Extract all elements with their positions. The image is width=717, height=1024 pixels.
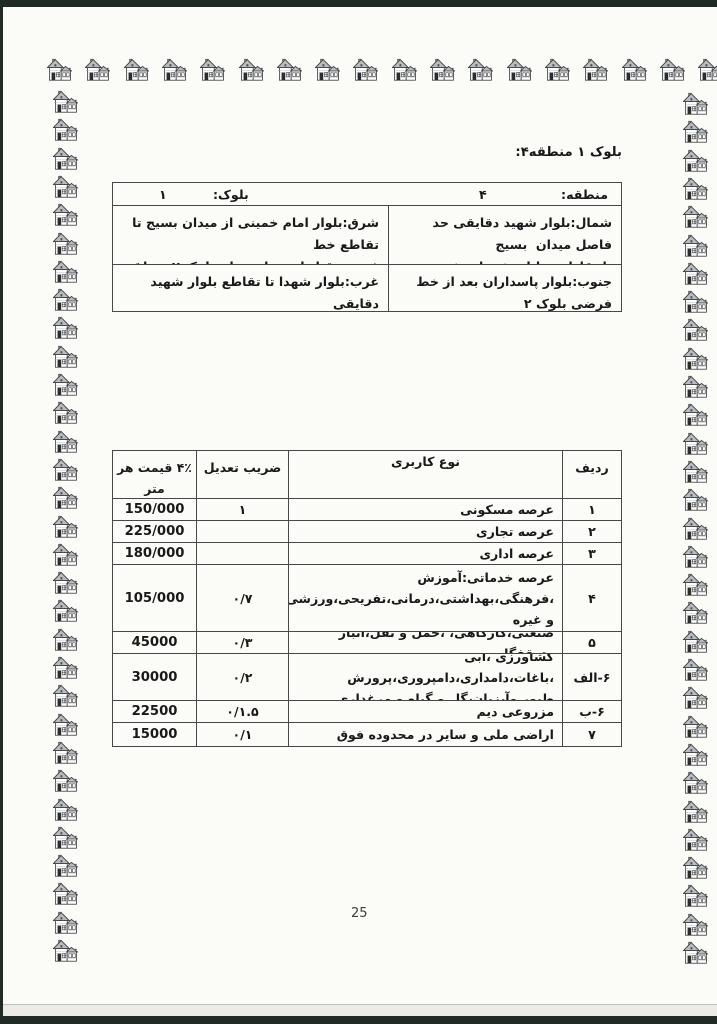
house-icon: [53, 430, 78, 454]
page-title: بلوک ۱ منطقه۴:: [515, 145, 622, 160]
cell-usage-type: مزروعی دیم: [288, 700, 562, 722]
house-icon: [683, 884, 708, 908]
scanned-document: بلوک ۱ منطقه۴: منطقه: ۴ بلوک: ۱ شمال:بلو…: [0, 0, 717, 1024]
house-icon: [53, 90, 78, 114]
cell-row-number: ۶-ب: [562, 700, 621, 722]
cell-row-number: ۷: [562, 722, 621, 746]
house-icon: [683, 800, 708, 824]
house-icon: [53, 628, 78, 652]
house-icon: [683, 205, 708, 229]
house-icon: [53, 713, 78, 737]
region-value: ۴: [479, 184, 487, 205]
house-icon: [683, 573, 708, 597]
house-icon: [53, 203, 78, 227]
cell-coefficient: ۰/۲: [196, 653, 288, 700]
house-icon: [53, 656, 78, 680]
house-icon: [277, 58, 302, 82]
house-icon: [683, 517, 708, 541]
cell-price: 45000: [113, 631, 196, 653]
cell-row-number: ۴: [562, 564, 621, 631]
house-icon: [683, 771, 708, 795]
house-icon: [200, 58, 225, 82]
cell-price: 30000: [113, 653, 196, 700]
house-icon: [683, 375, 708, 399]
house-icon: [53, 232, 78, 256]
cell-price: 180/000: [113, 542, 196, 564]
house-icon: [53, 175, 78, 199]
house-icon: [392, 58, 417, 82]
info-row-region-block: منطقه: ۴ بلوک: ۱: [113, 183, 621, 205]
info-cell-east: شرق:بلوار امام خمینی از میدان بسیج تا تق…: [113, 205, 388, 264]
block-value: ۱: [159, 184, 167, 205]
col-header-usage-type: نوع کاربری: [288, 451, 562, 498]
cell-row-number: ۲: [562, 520, 621, 542]
cell-usage-type: عرصه خدماتی:آموزش ،فرهنگی،بهداشتی،درمانی…: [288, 564, 562, 631]
house-icon: [53, 741, 78, 765]
info-cell-north: شمال:بلوار شهید دقایقی حد فاصل میدان بسی…: [388, 205, 621, 264]
house-icon: [124, 58, 149, 82]
house-icon: [53, 316, 78, 340]
house-icon: [683, 318, 708, 342]
house-icon: [683, 828, 708, 852]
cell-row-number: ۱: [562, 498, 621, 520]
house-icon: [53, 571, 78, 595]
house-icon: [698, 58, 717, 82]
cell-coefficient: ۱: [196, 498, 288, 520]
cell-price: 225/000: [113, 520, 196, 542]
cell-usage-type: عرصه مسکونی: [288, 498, 562, 520]
house-icon: [53, 543, 78, 567]
cell-coefficient: ۰/۳: [196, 631, 288, 653]
house-icon: [53, 882, 78, 906]
cell-usage-type: صنعتی،کارگاهی، ،حمل و نقل،انبار وتوقفگاه: [288, 631, 562, 653]
house-icon: [683, 403, 708, 427]
cell-coefficient: ۰/۱: [196, 722, 288, 746]
house-icon: [53, 826, 78, 850]
house-icon: [85, 58, 110, 82]
house-icon: [53, 939, 78, 963]
block-label: بلوک:: [213, 184, 249, 205]
house-icon: [683, 913, 708, 937]
house-icon: [683, 488, 708, 512]
house-icon: [53, 599, 78, 623]
cell-price: 150/000: [113, 498, 196, 520]
cell-coefficient: ۰/۷: [196, 564, 288, 631]
house-icon: [683, 545, 708, 569]
house-icon: [683, 686, 708, 710]
cell-usage-type: اراضی ملی و سایر در محدوده فوق: [288, 722, 562, 746]
house-icon: [53, 373, 78, 397]
house-icon: [683, 715, 708, 739]
cell-price: 105/000: [113, 564, 196, 631]
cell-row-number: ۵: [562, 631, 621, 653]
house-icon: [683, 856, 708, 880]
cell-coefficient: [196, 520, 288, 542]
cell-row-number: ۶-الف: [562, 653, 621, 700]
info-cell-west: غرب:بلوار شهدا تا تقاطع بلوار شهید دقایق…: [113, 264, 388, 311]
house-icon: [53, 515, 78, 539]
house-icon: [683, 177, 708, 201]
info-cell-south: جنوب:بلوار پاسداران بعد از خط فرضی بلوک …: [388, 264, 621, 311]
house-icon: [47, 58, 72, 82]
block-info-table: منطقه: ۴ بلوک: ۱ شمال:بلوار شهید دقایقی …: [112, 182, 622, 312]
cell-coefficient: ۰/۱.۵: [196, 700, 288, 722]
col-header-row-number: ردیف: [562, 451, 621, 498]
house-icon: [507, 58, 532, 82]
house-icon: [430, 58, 455, 82]
house-icon: [683, 234, 708, 258]
region-label: منطقه:: [561, 184, 608, 205]
house-icon: [683, 941, 708, 965]
house-icon: [53, 684, 78, 708]
house-icon: [53, 345, 78, 369]
house-icon: [239, 58, 264, 82]
house-icon: [53, 769, 78, 793]
cell-price: 15000: [113, 722, 196, 746]
house-icon: [683, 658, 708, 682]
scan-bottom-edge: [3, 1004, 717, 1016]
house-icon: [315, 58, 340, 82]
house-icon: [53, 401, 78, 425]
house-icon: [53, 288, 78, 312]
house-icon: [53, 854, 78, 878]
house-icon: [683, 92, 708, 116]
land-price-table: ردیف نوع کاربری ضریب تعدیل ۴٪ قیمت هر مت…: [112, 450, 622, 747]
house-icon: [683, 743, 708, 767]
house-icon: [683, 601, 708, 625]
house-icon: [683, 630, 708, 654]
cell-coefficient: [196, 542, 288, 564]
house-icon: [468, 58, 493, 82]
house-icon: [683, 460, 708, 484]
house-icon: [683, 432, 708, 456]
house-icon: [53, 911, 78, 935]
house-icon: [53, 147, 78, 171]
house-icon: [53, 798, 78, 822]
house-icon: [162, 58, 187, 82]
house-icon: [53, 260, 78, 284]
house-icon: [683, 347, 708, 371]
cell-row-number: ۳: [562, 542, 621, 564]
house-icon: [353, 58, 378, 82]
house-icon: [622, 58, 647, 82]
house-icon: [683, 149, 708, 173]
house-icon: [660, 58, 685, 82]
page-number: 25: [351, 906, 368, 921]
house-icon: [583, 58, 608, 82]
cell-usage-type: کشاورزی ،آبی ،باغات،دامداری،دامپروری،پرو…: [288, 653, 562, 700]
house-icon: [683, 262, 708, 286]
house-icon: [545, 58, 570, 82]
house-icon: [53, 118, 78, 142]
col-header-coefficient: ضریب تعدیل: [196, 451, 288, 498]
house-icon: [683, 120, 708, 144]
col-header-price: ۴٪ قیمت هر متر مربع ریال: [113, 451, 196, 498]
cell-usage-type: عرصه تجاری: [288, 520, 562, 542]
house-icon: [683, 290, 708, 314]
cell-usage-type: عرصه اداری: [288, 542, 562, 564]
house-icon: [53, 458, 78, 482]
cell-price: 22500: [113, 700, 196, 722]
house-icon: [53, 486, 78, 510]
